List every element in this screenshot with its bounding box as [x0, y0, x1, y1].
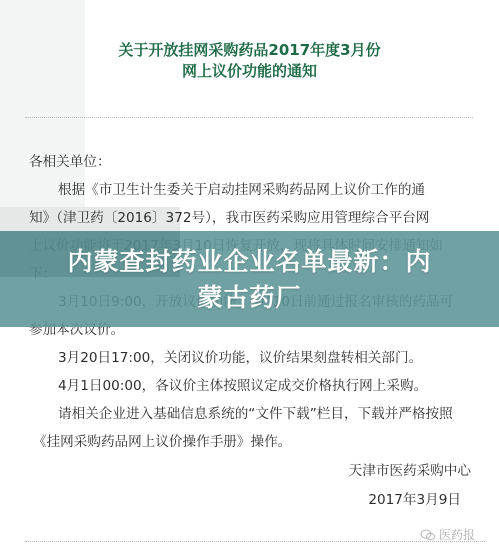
watermark: 医药报 [420, 526, 475, 543]
salutation: 各相关单位： [29, 150, 111, 170]
body-line-8: 4月1日00:00，各议价主体按照议定成交价格执行网上采购。 [58, 374, 427, 394]
body-line-2: 知》（津卫药〔2016〕372号），我市医药采购应用管理综合平台网 [29, 206, 429, 226]
body-line-9: 请相关企业进入基础信息系统的“文件下载”栏目，下载并严格按照 [58, 402, 453, 422]
signature-date: 2017年3月9日 [368, 488, 461, 508]
headline-line-2: 蒙古药厂 [0, 280, 499, 316]
bottom-divider [25, 541, 485, 542]
wechat-icon [420, 529, 436, 541]
body-line-10: 《挂网采购药品网上议价操作手册》操作。 [33, 430, 291, 450]
signature-organization: 天津市医药采购中心 [349, 459, 471, 479]
body-line-7: 3月20日17:00，关闭议价功能，议价结果刻盘转相关部门。 [58, 346, 422, 366]
headline-line-1: 内蒙查封药业企业名单最新：内 [0, 244, 499, 280]
body-line-1: 根据《市卫生计生委关于启动挂网采购药品网上议价工作的通 [58, 178, 425, 198]
watermark-label: 医药报 [439, 526, 475, 543]
headline[interactable]: 内蒙查封药业企业名单最新：内 蒙古药厂 [0, 244, 499, 316]
